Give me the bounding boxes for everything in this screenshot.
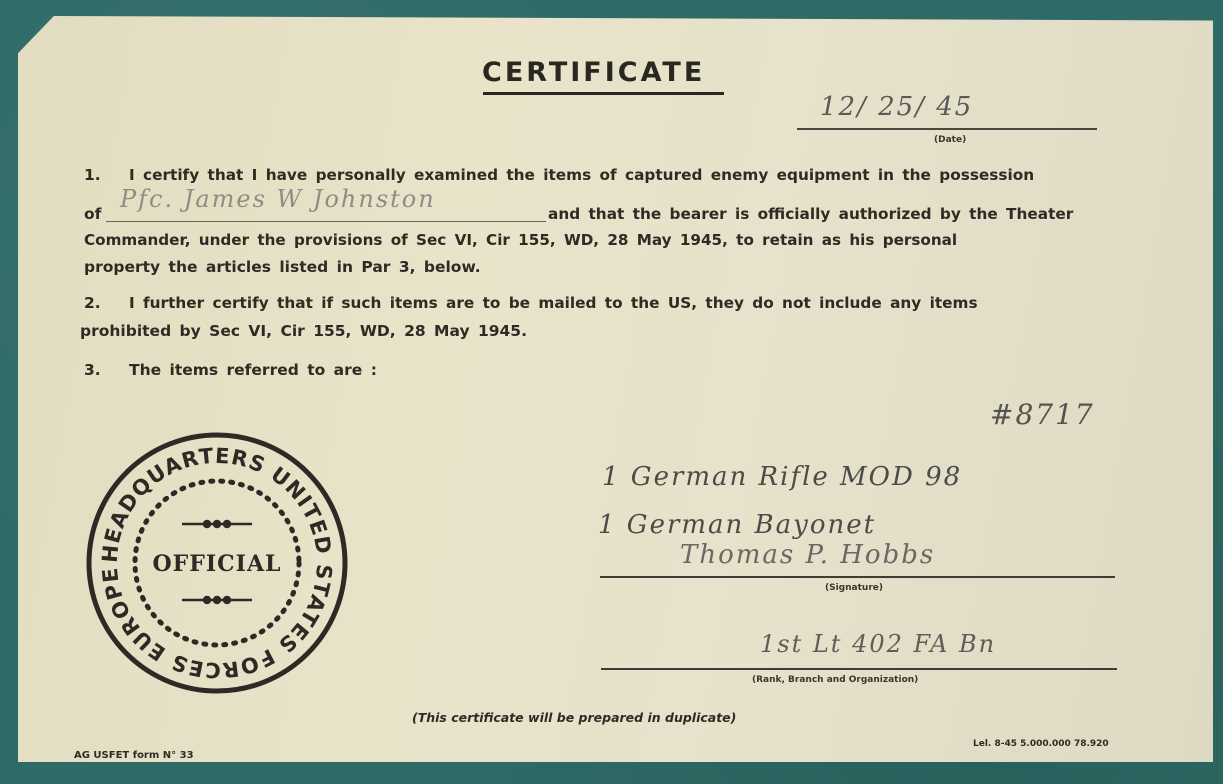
- paragraph-2-line-1: I further certify that if such items are…: [129, 294, 978, 312]
- paragraph-1-line-1: I certify that I have personally examine…: [129, 166, 1034, 184]
- paragraph-1-line-3: Commander, under the provisions of Sec V…: [84, 231, 957, 249]
- paragraph-1-of: of: [84, 205, 101, 223]
- signature-caption: (Signature): [825, 583, 883, 593]
- official-seal: HEADQUARTERS UNITED STATES FORCES EUROPE…: [82, 432, 352, 694]
- paragraph-1-number: 1.: [84, 166, 101, 184]
- paragraph-2-line-2: prohibited by Sec VI, Cir 155, WD, 28 Ma…: [80, 322, 527, 340]
- paragraph-1-line-4: property the articles listed in Par 3, b…: [84, 258, 481, 276]
- signature-value: Thomas P. Hobbs: [680, 540, 935, 570]
- item-2: 1 German Bayonet: [598, 510, 876, 540]
- paragraph-3-number: 3.: [84, 361, 101, 379]
- signature-line: [600, 576, 1115, 578]
- date-value: 12/ 25/ 45: [820, 92, 973, 122]
- document-title: CERTIFICATE: [482, 57, 705, 88]
- bearer-name-value: Pfc. James W Johnston: [120, 185, 436, 213]
- seal-emblem-icon: HEADQUARTERS UNITED STATES FORCES EUROPE…: [82, 432, 352, 694]
- print-info: Lel. 8-45 5.000.000 78.920: [973, 739, 1109, 749]
- form-number: AG USFET form N° 33: [74, 750, 194, 761]
- seal-center-text: OFFICIAL: [152, 551, 281, 577]
- paragraph-3-line-1: The items referred to are :: [129, 361, 377, 379]
- rank-caption: (Rank, Branch and Organization): [752, 675, 918, 685]
- paragraph-1-line-2: and that the bearer is officially author…: [548, 205, 1073, 223]
- rank-value: 1st Lt 402 FA Bn: [760, 630, 996, 658]
- item-1: 1 German Rifle MOD 98: [602, 462, 962, 492]
- bearer-name-line: [106, 221, 546, 222]
- date-caption: (Date): [934, 135, 966, 145]
- serial-number: #8717: [990, 398, 1095, 431]
- title-underline: [483, 92, 724, 95]
- date-line: [797, 128, 1097, 130]
- rank-line: [601, 668, 1117, 670]
- paragraph-2-number: 2.: [84, 294, 101, 312]
- duplicate-note: (This certificate will be prepared in du…: [412, 710, 736, 725]
